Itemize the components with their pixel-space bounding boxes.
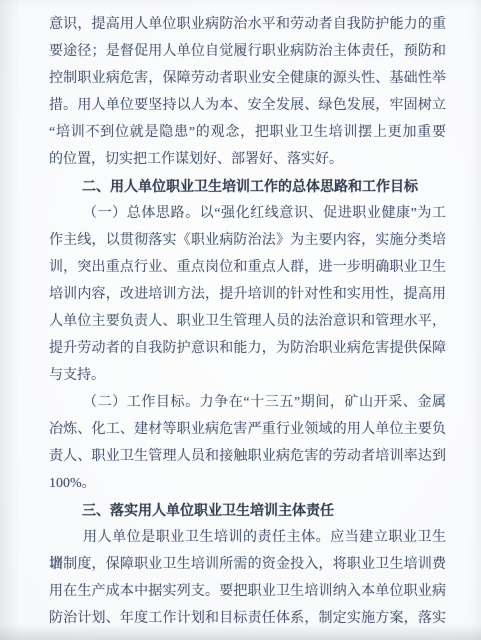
text-line: 培训内容，改进培训方法，提升培训的针对性和实用性，提高用 [49, 281, 446, 308]
section-heading: 二、用人单位职业卫生培训工作的总体思路和工作目标 [49, 173, 446, 200]
text-line: 意识，提高用人单位职业病防治水平和劳动者自我防护能力的重 [49, 11, 446, 38]
text-line: 用人单位是职业卫生培训的责任主体。应当建立职业卫生培 [49, 524, 446, 551]
section-heading: 三、落实用人单位职业卫生培训主体责任 [49, 497, 446, 524]
document-page: 意识，提高用人单位职业病防治水平和劳动者自我防护能力的重要途径；是督促用人单位自… [0, 0, 481, 640]
text-line: 训制度，保障职业卫生培训所需的资金投入，将职业卫生培训费 [49, 551, 446, 578]
text-line: 责人、职业卫生管理人员和接触职业病危害的劳动者培训率达到 [49, 443, 446, 470]
text-line: 用在生产成本中据实列支。要把职业卫生培训纳入本单位职业病 [49, 578, 446, 605]
text-line: 100%。 [49, 470, 446, 497]
scanned-document: { "page": { "background_color": "#fbfcfd… [0, 0, 481, 640]
text-line: 措。用人单位要坚持以人为本、安全发展、绿色发展，牢固树立 [49, 92, 446, 119]
text-line: 防治计划、年度工作计划和目标责任体系，制定实施方案，落实 [49, 605, 446, 632]
text-line: （一）总体思路。以“强化红线意识、促进职业健康”为工 [49, 200, 446, 227]
text-line: 要途径；是督促用人单位自觉履行职业病防治主体责任，预防和 [49, 38, 446, 65]
text-line: 控制职业病危害，保障劳动者职业安全健康的源头性、基础性举 [49, 65, 446, 92]
text-line: 的位置，切实把工作谋划好、部署好、落实好。 [49, 146, 446, 173]
text-line: 训，突出重点行业、重点岗位和重点人群，进一步明确职业卫生 [49, 254, 446, 281]
text-line: 冶炼、化工、建材等职业病危害严重行业领域的用人单位主要负 [49, 416, 446, 443]
document-text: 意识，提高用人单位职业病防治水平和劳动者自我防护能力的重要途径；是督促用人单位自… [49, 11, 446, 632]
text-line: 提升劳动者的自我防护意识和能力，为防治职业病危害提供保障 [49, 335, 446, 362]
text-line: 与支持。 [49, 362, 446, 389]
text-line: 人单位主要负责人、职业卫生管理人员的法治意识和管理水平， [49, 308, 446, 335]
text-line: “培训不到位就是隐患”的观念，把职业卫生培训摆上更加重要 [49, 119, 446, 146]
text-line: （二）工作目标。力争在“十三五”期间，矿山开采、金属 [49, 389, 446, 416]
text-line: 作主线，以贯彻落实《职业病防治法》为主要内容，实施分类培 [49, 227, 446, 254]
